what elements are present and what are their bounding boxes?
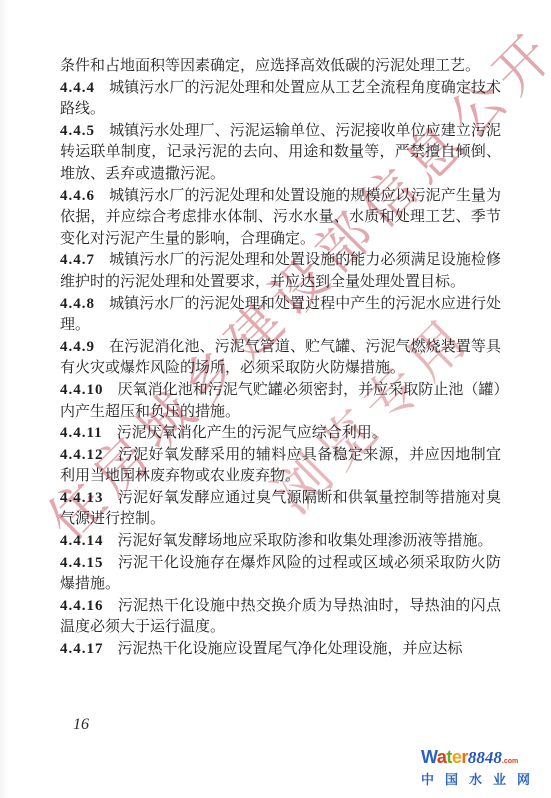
paragraph-text: 城镇污水厂的污泥处理和处置设施的规模应以污泥产生量为依据，并应综合考虑排水体制、… — [60, 188, 501, 247]
section-number: 4.4.12 — [60, 447, 104, 463]
paragraph: 4.4.12污泥好氧发酵采用的辅料应具备稳定来源，并应因地制宜利用当地园林废弃物… — [60, 445, 501, 488]
paragraph-text: 城镇污水厂的污泥处理和处置过程中产生的污泥水应进行处理。 — [60, 296, 501, 334]
paragraph-text: 厌氧消化池和污泥气贮罐必须密封，并应采取防止池（罐）内产生超压和负压的措施。 — [60, 382, 501, 420]
paragraph-text: 在污泥消化池、污泥气管道、贮气罐、污泥气燃烧装置等具有火灾或爆炸风险的场所，必须… — [60, 339, 501, 377]
logo-letter: W — [421, 747, 437, 767]
section-number: 4.4.17 — [60, 641, 104, 657]
section-number: 4.4.16 — [60, 598, 104, 614]
logo-wordmark: Water8848.com — [421, 748, 545, 771]
logo-tld: .com — [502, 758, 518, 765]
section-number: 4.4.5 — [60, 123, 95, 139]
paragraph-text: 污泥热干化设施应设置尾气净化处理设施，并应达标 — [118, 641, 463, 657]
scan-edge-shadow — [0, 0, 8, 798]
paragraph: 4.4.15污泥干化设施存在爆炸风险的过程或区域必须采取防火防爆措施。 — [60, 553, 501, 596]
paragraph-text: 污泥热干化设施中热交换介质为导热油时，导热油的闪点温度必须大于运行温度。 — [60, 598, 501, 636]
paragraph: 4.4.4城镇污水厂的污泥处理和处置应从工艺全流程角度确定技术路线。 — [60, 78, 501, 121]
logo-letter: e — [452, 747, 462, 767]
paragraph-text: 条件和占地面积等因素确定，应选择高效低碳的污泥处理工艺。 — [60, 58, 480, 74]
paragraph: 4.4.7城镇污水厂的污泥处理和处置设施的能力必须满足设施检修维护时的污泥处理和… — [60, 250, 501, 293]
paragraph: 条件和占地面积等因素确定，应选择高效低碳的污泥处理工艺。 — [60, 56, 501, 78]
logo-subtitle: 中国水业网 — [421, 772, 545, 788]
paragraph-text: 城镇污水处理厂、污泥运输单位、污泥接收单位应建立污泥转运联单制度，记录污泥的去向… — [60, 123, 501, 182]
paragraph: 4.4.10厌氧消化池和污泥气贮罐必须密封，并应采取防止池（罐）内产生超压和负压… — [60, 380, 501, 423]
logo-number: 8848 — [468, 748, 502, 767]
paragraph: 4.4.6城镇污水厂的污泥处理和处置设施的规模应以污泥产生量为依据，并应综合考虑… — [60, 186, 501, 251]
paragraph-text: 污泥干化设施存在爆炸风险的过程或区域必须采取防火防爆措施。 — [60, 555, 501, 593]
paragraph: 4.4.14污泥好氧发酵场地应采取防渗和收集处理渗沥液等措施。 — [60, 531, 501, 553]
paragraph: 4.4.5城镇污水处理厂、污泥运输单位、污泥接收单位应建立污泥转运联单制度，记录… — [60, 121, 501, 186]
section-number: 4.4.9 — [60, 339, 95, 355]
section-number: 4.4.13 — [60, 490, 104, 506]
section-number: 4.4.8 — [60, 296, 95, 312]
section-number: 4.4.4 — [60, 80, 95, 96]
section-number: 4.4.10 — [60, 382, 104, 398]
paragraph-text: 城镇污水厂的污泥处理和处置应从工艺全流程角度确定技术路线。 — [60, 80, 501, 118]
logo-letter: a — [437, 747, 447, 767]
paragraph-text: 污泥好氧发酵场地应采取防渗和收集处理渗沥液等措施。 — [118, 533, 493, 549]
paragraph: 4.4.16污泥热干化设施中热交换介质为导热油时，导热油的闪点温度必须大于运行温… — [60, 596, 501, 639]
paragraph: 4.4.9在污泥消化池、污泥气管道、贮气罐、污泥气燃烧装置等具有火灾或爆炸风险的… — [60, 337, 501, 380]
section-number: 4.4.6 — [60, 188, 95, 204]
paragraph-text: 污泥好氧发酵应通过臭气源隔断和供氧量控制等措施对臭气源进行控制。 — [60, 490, 501, 528]
section-number: 4.4.11 — [60, 425, 103, 441]
section-number: 4.4.15 — [60, 555, 104, 571]
section-number: 4.4.7 — [60, 252, 95, 268]
paragraph: 4.4.17污泥热干化设施应设置尾气净化处理设施，并应达标 — [60, 639, 501, 661]
body-text: 条件和占地面积等因素确定，应选择高效低碳的污泥处理工艺。 4.4.4城镇污水厂的… — [60, 56, 501, 661]
scanned-document-page: { "doc": { "paragraphs": [ {"text": "条件和… — [0, 0, 551, 798]
page-number: 16 — [73, 716, 89, 734]
paragraph-text: 污泥厌氧消化产生的污泥气应综合利用。 — [117, 425, 387, 441]
paragraph: 4.4.8城镇污水厂的污泥处理和处置过程中产生的污泥水应进行处理。 — [60, 294, 501, 337]
section-number: 4.4.14 — [60, 533, 104, 549]
water8848-logo: Water8848.com 中国水业网 — [421, 748, 545, 788]
paragraph-text: 城镇污水厂的污泥处理和处置设施的能力必须满足设施检修维护时的污泥处理和处置要求，… — [60, 252, 501, 290]
paragraph: 4.4.13污泥好氧发酵应通过臭气源隔断和供氧量控制等措施对臭气源进行控制。 — [60, 488, 501, 531]
paragraph: 4.4.11污泥厌氧消化产生的污泥气应综合利用。 — [60, 423, 501, 445]
paragraph-text: 污泥好氧发酵采用的辅料应具备稳定来源，并应因地制宜利用当地园林废弃物或农业废弃物… — [60, 447, 501, 485]
